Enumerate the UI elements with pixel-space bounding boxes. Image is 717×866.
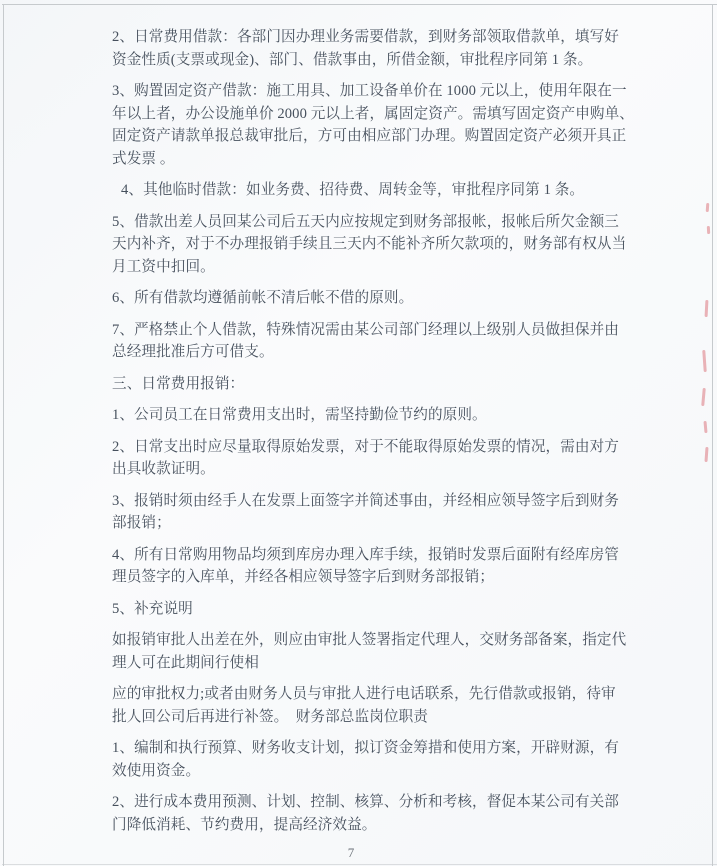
paragraph: 如报销审批人出差在外，则应由审批人签署指定代理人，交财务部备案，指定代理人可在此… bbox=[112, 629, 646, 674]
scan-edge-right bbox=[712, 4, 713, 866]
paragraph: 3、报销时须由经手人在发票上面签字并简述事由，并经相应领导签字后到财务部报销； bbox=[112, 490, 646, 535]
text-line: 理员签字的入库单，并经各相应领导签字后到财务部报销； bbox=[112, 566, 646, 589]
text-line: 6、所有借款均遵循前帐不清后帐不借的原则。 bbox=[112, 287, 646, 310]
paragraph: 1、编制和执行预算、财务收支计划，拟订资金筹措和使用方案，开辟财源，有效使用资金… bbox=[112, 737, 646, 782]
text-line: 三、日常费用报销： bbox=[112, 373, 646, 396]
text-line: 式发票 。 bbox=[112, 148, 646, 171]
red-ink-artifact bbox=[703, 421, 707, 433]
text-line: 效使用资金。 bbox=[112, 760, 646, 783]
scan-edge-left bbox=[3, 4, 4, 866]
text-line: 总经理批准后方可借支。 bbox=[112, 341, 646, 364]
paragraph: 应的审批权力;或者由财务人员与审批人进行电话联系，先行借款或报销，待审批人回公司… bbox=[112, 683, 646, 728]
text-line: 应的审批权力;或者由财务人员与审批人进行电话联系，先行借款或报销，待审 bbox=[112, 683, 646, 706]
text-line: 1、公司员工在日常费用支出时，需坚持勤俭节约的原则。 bbox=[112, 404, 646, 427]
paragraph: 4、其他临时借款：如业务费、招待费、周转金等，审批程序同第 1 条。 bbox=[112, 179, 646, 202]
text-line: 7、严格禁止个人借款，特殊情况需由某公司部门经理以上级别人员做担保并由 bbox=[112, 319, 646, 342]
red-ink-artifact bbox=[706, 203, 710, 212]
red-ink-artifact bbox=[702, 350, 707, 372]
document-page: 2、日常费用借款：各部门因办理业务需要借款，到财务部领取借款单，填写好资金性质(… bbox=[0, 0, 717, 866]
document-body: 2、日常费用借款：各部门因办理业务需要借款，到财务部领取借款单，填写好资金性质(… bbox=[112, 26, 646, 845]
text-line: 年以上者，办公设施单价 2000 元以上者，属固定资产。需填写固定资产申购单、 bbox=[112, 103, 646, 126]
paragraph: 2、日常支出时应尽量取得原始发票，对于不能取得原始发票的情况，需由对方出具收款证… bbox=[112, 436, 646, 481]
text-line: 资金性质(支票或现金)、部门、借款事由，所借金额，审批程序同第 1 条。 bbox=[112, 49, 646, 72]
paragraph: 三、日常费用报销： bbox=[112, 373, 646, 396]
red-ink-artifact bbox=[707, 226, 710, 234]
text-line: 固定资产请款单报总裁审批后，方可由相应部门办理。购置固定资产必须开具正 bbox=[112, 125, 646, 148]
text-line: 出具收款证明。 bbox=[112, 458, 646, 481]
text-line: 2、日常费用借款：各部门因办理业务需要借款，到财务部领取借款单，填写好 bbox=[112, 26, 646, 49]
red-ink-artifact bbox=[705, 300, 709, 317]
scan-speck bbox=[567, 214, 570, 217]
paragraph: 6、所有借款均遵循前帐不清后帐不借的原则。 bbox=[112, 287, 646, 310]
text-line: 1、编制和执行预算、财务收支计划，拟订资金筹措和使用方案，开辟财源，有 bbox=[112, 737, 646, 760]
paragraph: 1、公司员工在日常费用支出时，需坚持勤俭节约的原则。 bbox=[112, 404, 646, 427]
paragraph: 7、严格禁止个人借款，特殊情况需由某公司部门经理以上级别人员做担保并由总经理批准… bbox=[112, 319, 646, 364]
paragraph: 3、购置固定资产借款：施工用具、加工设备单价在 1000 元以上，使用年限在一年… bbox=[112, 80, 646, 170]
paragraph: 2、进行成本费用预测、计划、控制、核算、分析和考核，督促本某公司有关部门降低消耗… bbox=[112, 791, 646, 836]
text-line: 5、补充说明 bbox=[112, 598, 646, 621]
text-line: 4、其他临时借款：如业务费、招待费、周转金等，审批程序同第 1 条。 bbox=[121, 179, 646, 202]
text-line: 批人回公司后再进行补签。 财务部总监岗位职责 bbox=[112, 706, 646, 729]
text-line: 3、购置固定资产借款：施工用具、加工设备单价在 1000 元以上，使用年限在一 bbox=[112, 80, 646, 103]
text-line: 部报销； bbox=[112, 512, 646, 535]
page-number: 7 bbox=[0, 845, 703, 861]
paragraph: 5、补充说明 bbox=[112, 598, 646, 621]
text-line: 4、所有日常购用物品均须到库房办理入库手续，报销时发票后面附有经库房管 bbox=[112, 544, 646, 567]
text-line: 5、借款出差人员回某公司后五天内应按规定到财务部报帐，报帐后所欠金额三 bbox=[112, 211, 646, 234]
red-ink-artifact bbox=[701, 388, 706, 406]
text-line: 门降低消耗、节约费用，提高经济效益。 bbox=[112, 814, 646, 837]
text-line: 如报销审批人出差在外，则应由审批人签署指定代理人，交财务部备案，指定代 bbox=[112, 629, 646, 652]
red-ink-artifact bbox=[704, 447, 708, 462]
text-line: 月工资中扣回。 bbox=[112, 256, 646, 279]
text-line: 2、日常支出时应尽量取得原始发票，对于不能取得原始发票的情况，需由对方 bbox=[112, 436, 646, 459]
text-line: 3、报销时须由经手人在发票上面签字并简述事由，并经相应领导签字后到财务 bbox=[112, 490, 646, 513]
paragraph: 2、日常费用借款：各部门因办理业务需要借款，到财务部领取借款单，填写好资金性质(… bbox=[112, 26, 646, 71]
text-line: 2、进行成本费用预测、计划、控制、核算、分析和考核，督促本某公司有关部 bbox=[112, 791, 646, 814]
paragraph: 4、所有日常购用物品均须到库房办理入库手续，报销时发票后面附有经库房管理员签字的… bbox=[112, 544, 646, 589]
scan-edge-bottom bbox=[2, 864, 717, 865]
text-line: 天内补齐，对于不办理报销手续且三天内不能补齐所欠款项的，财务部有权从当 bbox=[112, 233, 646, 256]
scan-speck bbox=[487, 697, 490, 700]
paragraph: 5、借款出差人员回某公司后五天内应按规定到财务部报帐，报帐后所欠金额三天内补齐，… bbox=[112, 211, 646, 279]
scan-edge-top bbox=[2, 4, 717, 5]
text-line: 理人可在此期间行使相 bbox=[112, 652, 646, 675]
